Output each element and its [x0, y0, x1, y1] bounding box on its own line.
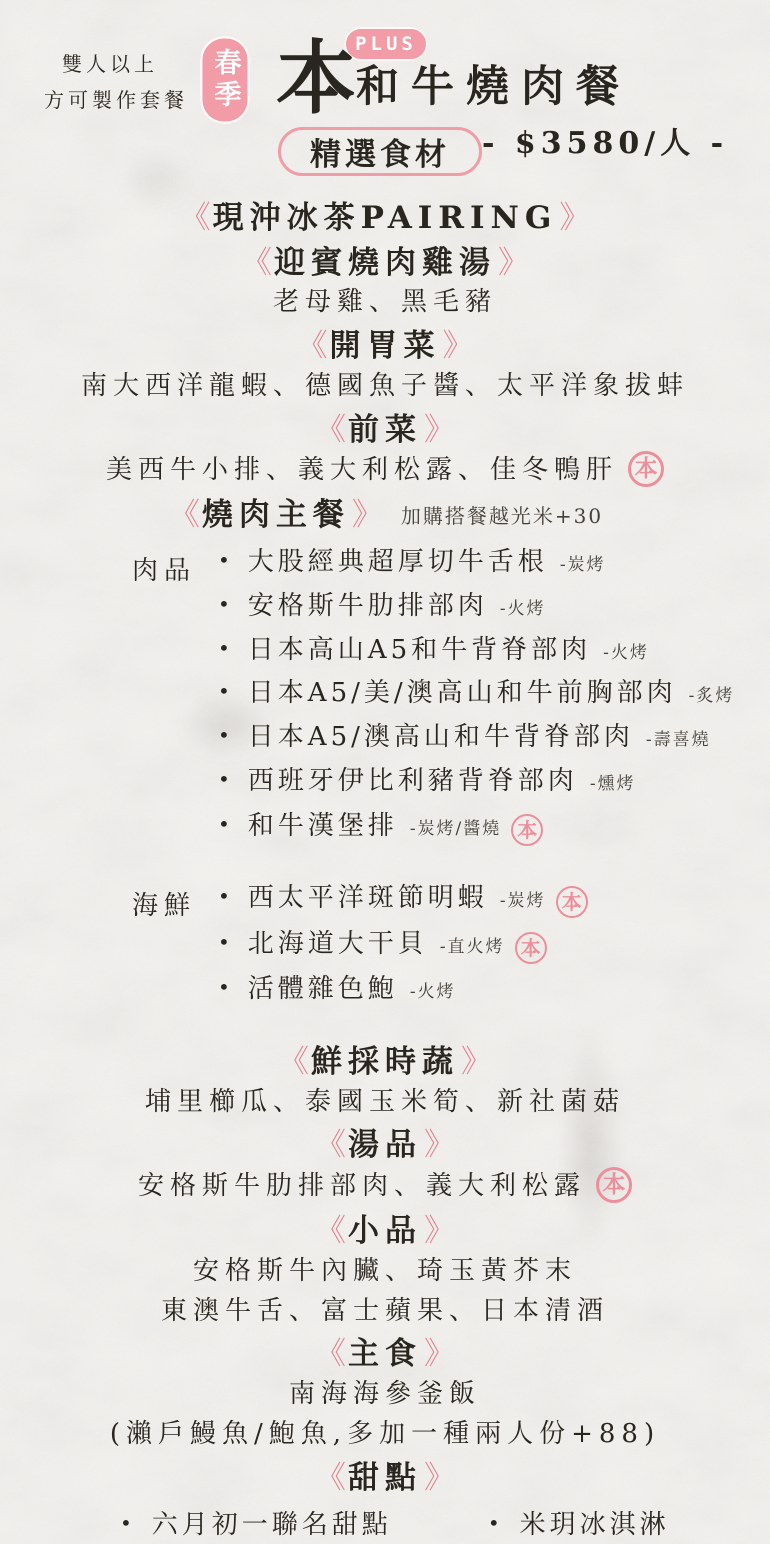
section-heading-label: 燒肉主餐 [202, 497, 350, 533]
section-heading-label: 湯品 [348, 1127, 422, 1163]
bracket-open-icon: 《 [315, 1127, 346, 1163]
menu-item: •安格斯牛肋排部肉-火烤 [218, 592, 770, 622]
menu-group-seafood: 海鮮•西太平洋斑節明蝦-炭烤本•北海道大干貝-直火烤本•活體雜色鮑-火烤 [0, 883, 770, 1019]
menu-item: •大股經典超厚切牛舌根-炭烤 [218, 548, 770, 578]
dessert-item-name: 六月初一聯名甜點 [152, 1504, 392, 1541]
menu-item: •北海道大干貝-直火烤本 [218, 929, 770, 961]
hon-seal-stamp: 本 [511, 814, 543, 846]
hon-seal-stamp: 本 [628, 451, 664, 487]
section-heading-label: 甜點 [348, 1460, 422, 1496]
bracket-close-icon: 》 [424, 1336, 455, 1372]
dessert-item: •六月初一聯名甜點 [120, 1504, 392, 1541]
price-per-person: - $3580/人 - [482, 118, 728, 162]
menu-item-name: 西班牙伊比利豬背脊部肉 [248, 767, 578, 797]
cooking-method: -炭烤 [560, 556, 606, 576]
dessert-row: •六月初一聯名甜點•米玥冰淇淋 [0, 1504, 770, 1541]
section-heading-label: 迎賓燒肉雞湯 [274, 245, 496, 281]
bullet-icon: • [218, 637, 230, 660]
bracket-close-icon: 》 [424, 412, 455, 448]
bracket-close-icon: 》 [424, 1460, 455, 1496]
section-heading: 《開胃菜》 [0, 329, 770, 365]
cooking-method: -燻烤 [590, 775, 636, 795]
bullet-icon: • [218, 724, 230, 747]
hon-seal-stamp: 本 [596, 1167, 632, 1203]
menu-line: 老母雞、黑毛豬 [0, 286, 770, 320]
cooking-method: -炭烤/醬燒 [410, 820, 501, 840]
section-heading-label: 小品 [348, 1213, 422, 1249]
bullet-icon: • [120, 1511, 136, 1535]
section-heading: 《燒肉主餐》加購搭餐越光米+30 [0, 498, 770, 534]
bullet-icon: • [488, 1511, 504, 1535]
bracket-close-icon: 》 [498, 245, 529, 281]
bullet-icon: • [218, 593, 230, 616]
section-heading: 《小品》 [0, 1214, 770, 1250]
menu-title: 和牛燒肉餐 [356, 66, 631, 109]
bullet-icon: • [218, 976, 230, 999]
menu-item-name: 日本高山A5和牛背脊部肉 [248, 636, 591, 666]
heading-addon-note: 加購搭餐越光米+30 [401, 504, 603, 528]
menu-item-name: 活體雜色鮑 [248, 975, 398, 1005]
section-heading-label: 開胃菜 [330, 328, 441, 364]
menu-line: 南大西洋龍蝦、德國魚子醬、太平洋象拔蚌 [0, 370, 770, 404]
menu-item: •日本高山A5和牛背脊部肉-火烤 [218, 636, 770, 666]
bracket-close-icon: 》 [424, 1213, 455, 1249]
dessert-item: •米玥冰淇淋 [488, 1504, 670, 1541]
section-heading: 《迎賓燒肉雞湯》 [0, 246, 770, 282]
bracket-close-icon: 》 [352, 497, 383, 533]
menu-item-name: 日本A5/澳高山和牛背脊部肉 [248, 723, 634, 753]
group-label: 肉品 [132, 548, 218, 587]
menu-item-name: 日本A5/美/澳高山和牛前胸部肉 [248, 679, 677, 709]
menu-item: •日本A5/澳高山和牛背脊部肉-壽喜燒 [218, 723, 770, 753]
menu-line-text: 老母雞、黑毛豬 [273, 287, 497, 317]
cooking-method: -火烤 [500, 600, 546, 620]
menu-line: 埔里櫛瓜、泰國玉米筍、新社菌菇 [0, 1086, 770, 1120]
menu-group-meat: 肉品•大股經典超厚切牛舌根-炭烤•安格斯牛肋排部肉-火烤•日本高山A5和牛背脊部… [0, 548, 770, 857]
bracket-open-icon: 《 [315, 1460, 346, 1496]
bracket-close-icon: 》 [559, 200, 590, 236]
section-heading-label: 現沖冰茶PAIRING [213, 200, 558, 236]
menu-line-text: 安格斯牛內臟、琦玉黃芥末 [193, 1256, 577, 1286]
section-heading: 《甜點》 [0, 1461, 770, 1497]
bullet-icon: • [218, 768, 230, 791]
menu-item: •西太平洋斑節明蝦-炭烤本 [218, 883, 770, 915]
group-label: 海鮮 [132, 883, 218, 922]
cooking-method: -壽喜燒 [646, 731, 711, 751]
group-items: •西太平洋斑節明蝦-炭烤本•北海道大干貝-直火烤本•活體雜色鮑-火烤 [218, 883, 770, 1019]
menu-line-text: 南海海參釜飯 [289, 1379, 481, 1409]
menu-item-name: 大股經典超厚切牛舌根 [248, 548, 548, 578]
hon-seal-stamp: 本 [515, 932, 547, 964]
plus-badge: PLUS [344, 27, 428, 61]
bracket-close-icon: 》 [424, 1127, 455, 1163]
menu-line-text: 埔里櫛瓜、泰國玉米筍、新社菌菇 [145, 1087, 625, 1117]
menu-line: 美西牛小排、義大利松露、佳冬鴨肝本 [0, 453, 770, 489]
season-badge: 春季 [200, 36, 250, 124]
bracket-open-icon: 《 [315, 1336, 346, 1372]
bracket-open-icon: 《 [315, 412, 346, 448]
section-heading-label: 鮮採時蔬 [311, 1044, 459, 1080]
bracket-open-icon: 《 [169, 497, 200, 533]
bracket-open-icon: 《 [278, 1044, 309, 1080]
menu-item-name: 和牛漢堡排 [248, 812, 398, 842]
bracket-open-icon: 《 [180, 200, 211, 236]
menu-line-text: 美西牛小排、義大利松露、佳冬鴨肝 [106, 455, 618, 485]
menu-item: •活體雜色鮑-火烤 [218, 975, 770, 1005]
menu-line-text: 南大西洋龍蝦、德國魚子醬、太平洋象拔蚌 [81, 371, 689, 401]
bracket-open-icon: 《 [297, 328, 328, 364]
featured-ingredients-badge: 精選食材 [278, 127, 482, 176]
menu-line: 南海海參釜飯 [0, 1378, 770, 1412]
menu-item: •西班牙伊比利豬背脊部肉-燻烤 [218, 767, 770, 797]
menu-line: 安格斯牛肋排部肉、義大利松露本 [0, 1169, 770, 1205]
bracket-open-icon: 《 [315, 1213, 346, 1249]
bullet-icon: • [218, 813, 230, 836]
menu-item-name: 安格斯牛肋排部肉 [248, 592, 488, 622]
section-heading: 《現沖冰茶PAIRING》 [0, 201, 770, 237]
bracket-close-icon: 》 [443, 328, 474, 364]
note-line-1: 雙人以上 [44, 46, 188, 82]
note-line-2: 方可製作套餐 [44, 82, 188, 118]
menu-line-text: 安格斯牛肋排部肉、義大利松露 [138, 1171, 586, 1201]
menu-item: •日本A5/美/澳高山和牛前胸部肉-炙烤 [218, 679, 770, 709]
bracket-open-icon: 《 [241, 245, 272, 281]
menu-line-text: (瀨戶鰻魚/鮑魚,多加一種兩人份+88) [110, 1419, 660, 1449]
menu-body: 《現沖冰茶PAIRING》《迎賓燒肉雞湯》老母雞、黑毛豬《開胃菜》南大西洋龍蝦、… [0, 201, 770, 1541]
bracket-close-icon: 》 [461, 1044, 492, 1080]
cooking-method: -火烤 [603, 644, 649, 664]
menu-page: 雙人以上 方可製作套餐 春季 PLUS 本 和牛燒肉餐 - $3580/人 - … [0, 0, 770, 1544]
bullet-icon: • [218, 931, 230, 954]
section-heading-label: 前菜 [348, 412, 422, 448]
minimum-guests-note: 雙人以上 方可製作套餐 [44, 46, 188, 118]
hon-seal-stamp: 本 [556, 886, 588, 918]
section-heading: 《前菜》 [0, 413, 770, 449]
menu-header: 雙人以上 方可製作套餐 春季 PLUS 本 和牛燒肉餐 - $3580/人 - … [0, 0, 770, 192]
section-heading: 《主食》 [0, 1337, 770, 1373]
section-heading: 《鮮採時蔬》 [0, 1045, 770, 1081]
brand-logo-char: 本 [276, 38, 356, 118]
cooking-method: -火烤 [410, 983, 456, 1003]
bullet-icon: • [218, 680, 230, 703]
section-heading-label: 主食 [348, 1336, 422, 1372]
bullet-icon: • [218, 549, 230, 572]
group-items: •大股經典超厚切牛舌根-炭烤•安格斯牛肋排部肉-火烤•日本高山A5和牛背脊部肉-… [218, 548, 770, 857]
cooking-method: -炭烤 [500, 892, 546, 912]
menu-item-name: 北海道大干貝 [248, 930, 428, 960]
menu-line: 安格斯牛內臟、琦玉黃芥末 [0, 1255, 770, 1289]
menu-line: 東澳牛舌、富士蘋果、日本清酒 [0, 1295, 770, 1329]
menu-item: •和牛漢堡排-炭烤/醬燒本 [218, 811, 770, 843]
menu-line: (瀨戶鰻魚/鮑魚,多加一種兩人份+88) [0, 1418, 770, 1452]
section-heading: 《湯品》 [0, 1128, 770, 1164]
bullet-icon: • [218, 885, 230, 908]
cooking-method: -炙烤 [689, 687, 735, 707]
cooking-method: -直火烤 [440, 938, 505, 958]
menu-line-text: 東澳牛舌、富士蘋果、日本清酒 [161, 1296, 609, 1326]
menu-item-name: 西太平洋斑節明蝦 [248, 884, 488, 914]
dessert-item-name: 米玥冰淇淋 [520, 1504, 670, 1541]
